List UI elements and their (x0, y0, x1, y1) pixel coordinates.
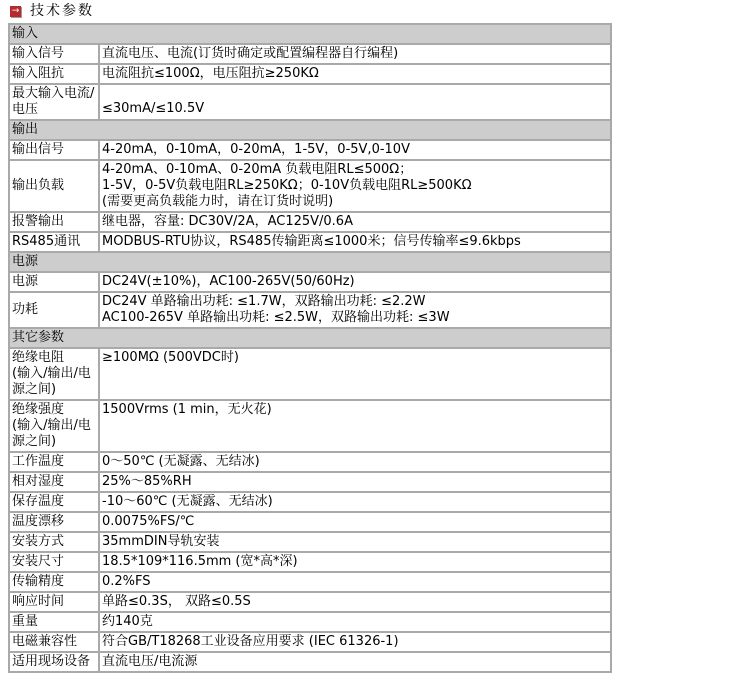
param-value: ≥100MΩ (500VDC时) (99, 348, 611, 400)
param-value: MODBUS-RTU协议，RS485传输距离≤1000米；信号传输率≤9.6kb… (99, 232, 611, 252)
spec-row: 报警输出 继电器，容量: DC30V/2A，AC125V/0.6A (9, 212, 611, 232)
section-row-power: 电源 (9, 252, 611, 272)
spec-row: 最大输入电流/电压 ≤30mA/≤10.5V (9, 84, 611, 120)
param-label: 输出负载 (9, 160, 99, 212)
spec-row: 安装方式 35mmDIN导轨安装 (9, 532, 611, 552)
param-value: -10～60℃ (无凝露、无结冰) (99, 492, 611, 512)
param-value: 约140克 (99, 612, 611, 632)
param-label: 功耗 (9, 292, 99, 328)
section-header: 输入 (9, 24, 611, 44)
spec-row: 电磁兼容性 符合GB/T18268工业设备应用要求 (IEC 61326-1) (9, 632, 611, 652)
param-label: 相对湿度 (9, 472, 99, 492)
section-row-other: 其它参数 (9, 328, 611, 348)
param-value: 0.2%FS (99, 572, 611, 592)
spec-row: 传输精度 0.2%FS (9, 572, 611, 592)
spec-row: 保存温度 -10～60℃ (无凝露、无结冰) (9, 492, 611, 512)
param-label: 电源 (9, 272, 99, 292)
spec-row: RS485通讯 MODBUS-RTU协议，RS485传输距离≤1000米；信号传… (9, 232, 611, 252)
param-label: 传输精度 (9, 572, 99, 592)
spec-row: 相对湿度 25%～85%RH (9, 472, 611, 492)
param-label: 绝缘强度 (输入/输出/电源之间) (9, 400, 99, 452)
param-label: 响应时间 (9, 592, 99, 612)
spec-row: 功耗 DC24V 单路输出功耗: ≤1.7W，双路输出功耗: ≤2.2W AC1… (9, 292, 611, 328)
spec-row: 电源 DC24V(±10%)，AC100-265V(50/60Hz) (9, 272, 611, 292)
spec-row: 安装尺寸 18.5*109*116.5mm (宽*高*深) (9, 552, 611, 572)
param-value: DC24V 单路输出功耗: ≤1.7W，双路输出功耗: ≤2.2W AC100-… (99, 292, 611, 328)
spec-row: 输入信号 直流电压、电流(订货时确定或配置编程器自行编程) (9, 44, 611, 64)
param-value: DC24V(±10%)，AC100-265V(50/60Hz) (99, 272, 611, 292)
param-label: 重量 (9, 612, 99, 632)
param-value: 25%～85%RH (99, 472, 611, 492)
spec-row: 响应时间 单路≤0.3S， 双路≤0.5S (9, 592, 611, 612)
section-header: 其它参数 (9, 328, 611, 348)
param-value: 0.0075%FS/℃ (99, 512, 611, 532)
spec-row: 输出负载 4-20mA、0-10mA、0-20mA 负载电阻RL≤500Ω； 1… (9, 160, 611, 212)
param-label: 适用现场设备 (9, 652, 99, 672)
section-header: 输出 (9, 120, 611, 140)
param-label: 保存温度 (9, 492, 99, 512)
param-label: 工作温度 (9, 452, 99, 472)
spec-row: 温度漂移 0.0075%FS/℃ (9, 512, 611, 532)
param-value: 符合GB/T18268工业设备应用要求 (IEC 61326-1) (99, 632, 611, 652)
spec-row: 绝缘电阻 (输入/输出/电源之间) ≥100MΩ (500VDC时) (9, 348, 611, 400)
section-row-input: 输入 (9, 24, 611, 44)
spec-row: 工作温度 0～50℃ (无凝露、无结冰) (9, 452, 611, 472)
param-value: 电流阻抗≤100Ω，电压阻抗≥250KΩ (99, 64, 611, 84)
section-header: 电源 (9, 252, 611, 272)
param-label: 温度漂移 (9, 512, 99, 532)
param-label: 输入阻抗 (9, 64, 99, 84)
spec-row: 适用现场设备 直流电压/电流源 (9, 652, 611, 672)
param-label: 报警输出 (9, 212, 99, 232)
spec-row: 输出信号 4-20mA，0-10mA，0-20mA，1-5V，0-5V,0-10… (9, 140, 611, 160)
param-label: 安装尺寸 (9, 552, 99, 572)
param-value: 18.5*109*116.5mm (宽*高*深) (99, 552, 611, 572)
param-value: 4-20mA，0-10mA，0-20mA，1-5V，0-5V,0-10V (99, 140, 611, 160)
param-label: 绝缘电阻 (输入/输出/电源之间) (9, 348, 99, 400)
param-value: 1500Vrms (1 min，无火花) (99, 400, 611, 452)
param-label: 安装方式 (9, 532, 99, 552)
spec-row: 输入阻抗 电流阻抗≤100Ω，电压阻抗≥250KΩ (9, 64, 611, 84)
spec-row: 绝缘强度 (输入/输出/电源之间) 1500Vrms (1 min，无火花) (9, 400, 611, 452)
page-title: 技术参数 (30, 3, 94, 19)
spec-page: → 技术参数 输入 输入信号 直流电压、电流(订货时确定或配置编程器自行编程) … (0, 0, 738, 683)
param-label: 输入信号 (9, 44, 99, 64)
section-row-output: 输出 (9, 120, 611, 140)
param-value: 直流电压、电流(订货时确定或配置编程器自行编程) (99, 44, 611, 64)
param-label: 最大输入电流/电压 (9, 84, 99, 120)
arrow-right-icon: → (10, 6, 21, 17)
param-value: 继电器，容量: DC30V/2A，AC125V/0.6A (99, 212, 611, 232)
param-value: 直流电压/电流源 (99, 652, 611, 672)
spec-row: 重量 约140克 (9, 612, 611, 632)
param-label: 电磁兼容性 (9, 632, 99, 652)
param-value: 0～50℃ (无凝露、无结冰) (99, 452, 611, 472)
page-header: → 技术参数 (0, 0, 738, 23)
param-value: 35mmDIN导轨安装 (99, 532, 611, 552)
param-value: ≤30mA/≤10.5V (99, 84, 611, 120)
param-label: 输出信号 (9, 140, 99, 160)
param-value: 单路≤0.3S， 双路≤0.5S (99, 592, 611, 612)
spec-table: 输入 输入信号 直流电压、电流(订货时确定或配置编程器自行编程) 输入阻抗 电流… (8, 23, 612, 673)
param-label: RS485通讯 (9, 232, 99, 252)
param-value: 4-20mA、0-10mA、0-20mA 负载电阻RL≤500Ω； 1-5V，0… (99, 160, 611, 212)
